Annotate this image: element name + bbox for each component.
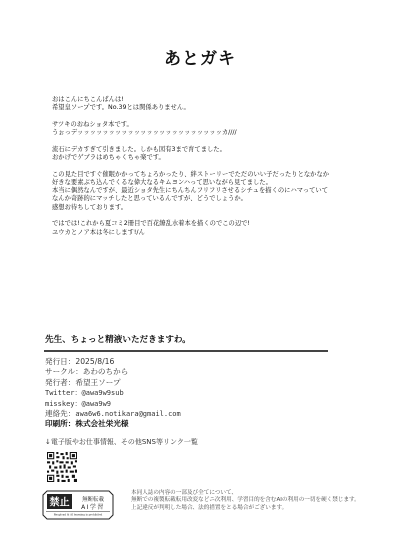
book-title: 先生、ちょっと精液いただきますわ。 (45, 333, 191, 345)
colophon: 発行日：2025/8/16 サークル：あわのちから 発行者：希望王ソープ Twi… (45, 357, 181, 430)
svg-text:無断転載: 無断転載 (82, 495, 105, 503)
twitter-handle[interactable]: @awa9w9sub (82, 389, 124, 397)
links-note: ↓電子版やお仕事情報、その他SNS等リンク一覧 (45, 437, 198, 447)
text-line: サツキのおねショタ本です。 (52, 121, 392, 129)
legal-notice: 本同人誌の内容の一部及び全てについて、 無断での複製転載転用改変などニ次利用、学… (131, 490, 360, 512)
colophon-row-date: 発行日：2025/8/16 (45, 357, 181, 367)
text-line: 希望皇ソープです。No.39とは関係ありません。 (52, 104, 392, 112)
divider (44, 350, 328, 352)
no-reupload-ai-badge: 禁止 無断転載 AI学習 Reupload & AI learning is p… (42, 490, 114, 520)
colophon-row-printer: 印刷所：株式会社栄光様 (45, 419, 181, 429)
page-title: あとガキ (0, 44, 400, 69)
text-line: うぉっデッッッッッッッッッッッッッッッッッッッッッッッカ//// (52, 129, 392, 137)
text-line: なんか奇跡的にマッチしたと思っているんですが、どうでしょうか。 (52, 195, 392, 203)
qr-code-icon[interactable] (47, 452, 77, 482)
colophon-row-twitter: Twitter：@awa9w9sub (45, 388, 181, 398)
text-line: おはこんにちこんばんは! (52, 96, 392, 104)
colophon-row-publisher: 発行者：希望王ソープ (45, 378, 181, 388)
text-line: ではでは!これから夏コミ2冊目で百花繚乱水着本を描くのでこの辺で! (52, 220, 392, 228)
svg-text:AI学習: AI学習 (81, 503, 105, 511)
paragraph-intro: サツキのおねショタ本です。 うぉっデッッッッッッッッッッッッッッッッッッッッッッ… (52, 121, 392, 137)
misskey-handle[interactable]: @awa9w9 (82, 400, 112, 408)
legal-line: 上記違反が判明した場合、法的措置をとる場合がございます。 (131, 505, 360, 512)
paragraph-thoughts: この見た目ですぐ催眠かかってちょろかったり、絆ストーリーでただのいい子だったりと… (52, 171, 392, 212)
paragraph-closing: ではでは!これから夏コミ2冊目で百花繚乱水着本を描くのでこの辺で! ユウカとノア… (52, 220, 392, 236)
text-line: ユウカとノア本は冬にします!/ん (52, 229, 392, 237)
text-line: この見た目ですぐ催眠かかってちょろかったり、絆ストーリーでただのいい子だったりと… (52, 171, 392, 179)
afterword-text: おはこんにちこんばんは! 希望皇ソープです。No.39とは関係ありません。 サツ… (52, 96, 392, 245)
text-line: おかげでゲブラはめちゃくちゃ楽です。 (52, 154, 392, 162)
paragraph-greeting: おはこんにちこんばんは! 希望皇ソープです。No.39とは関係ありません。 (52, 96, 392, 112)
text-line: 流石にデカすぎて引きました。しかも図有3まで育てました。 (52, 146, 392, 154)
svg-text:禁止: 禁止 (50, 496, 70, 509)
text-line: 感想お待ちしております。 (52, 204, 392, 212)
colophon-row-misskey: misskey：@awa9w9 (45, 399, 181, 409)
colophon-row-contact: 連絡先：awa6w6.notikara@gmail.com (45, 409, 181, 419)
legal-line: 無断での複製転載転用改変などニ次利用、学習目的を含むAIの利用の一切を硬く禁じま… (131, 497, 360, 504)
colophon-row-circle: サークル：あわのちから (45, 367, 181, 377)
paragraph-growth: 流石にデカすぎて引きました。しかも図有3まで育てました。 おかげでゲブラはめちゃ… (52, 146, 392, 162)
svg-text:Reupload & AI learning is proh: Reupload & AI learning is prohibited (54, 513, 103, 517)
contact-email[interactable]: awa6w6.notikara@gmail.com (75, 410, 180, 418)
